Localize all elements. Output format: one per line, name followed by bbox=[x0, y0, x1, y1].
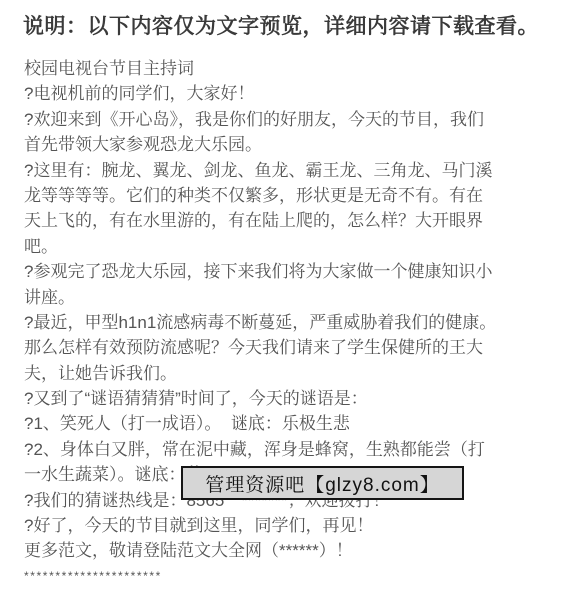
text-line: 讲座。 bbox=[24, 285, 569, 310]
text-line: 龙等等等等。它们的种类不仅繁多，形状更是无奇不有。有在 bbox=[24, 183, 569, 208]
text-line: ?1、笑死人（打一成语）。 谜底：乐极生悲 bbox=[24, 411, 569, 436]
preview-page: 说明：以下内容仅为文字预览，详细内容请下载查看。 校园电视台节目主持词 ?电视机… bbox=[0, 0, 578, 600]
text-line: 夫，让她告诉我们。 bbox=[24, 361, 569, 386]
text-line: ?这里有：腕龙、翼龙、剑龙、鱼龙、霸王龙、三角龙、马门溪 bbox=[24, 158, 569, 183]
text-line: ?2、身体白又胖，常在泥中藏，浑身是蜂窝，生熟都能尝（打 bbox=[24, 437, 569, 462]
document-body: 校园电视台节目主持词 ?电视机前的同学们，大家好！?欢迎来到《开心岛》，我是你们… bbox=[24, 56, 569, 589]
text-line: 吧。 bbox=[24, 234, 569, 259]
text-line: ?又到了“谜语猜猜猜”时间了，今天的谜语是： bbox=[24, 386, 569, 411]
text-line: ?最近，甲型h1n1流感病毒不断蔓延，严重威胁着我们的健康。 bbox=[24, 310, 569, 335]
document-title: 校园电视台节目主持词 bbox=[24, 56, 569, 81]
text-line: ********************** bbox=[24, 564, 569, 589]
text-line: ?参观完了恐龙大乐园，接下来我们将为大家做一个健康知识小 bbox=[24, 259, 569, 284]
text-line: 首先带领大家参观恐龙大乐园。 bbox=[24, 132, 569, 157]
text-line: 天上飞的，有在水里游的，有在陆上爬的，怎么样？大开眼界 bbox=[24, 208, 569, 233]
text-line: ?电视机前的同学们，大家好！ bbox=[24, 81, 569, 106]
text-line: 那么怎样有效预防流感呢？今天我们请来了学生保健所的王大 bbox=[24, 335, 569, 360]
text-line: 更多范文，敬请登陆范文大全网（******）！ bbox=[24, 538, 569, 563]
watermark-box[interactable]: 管理资源吧【glzy8.com】 bbox=[181, 466, 464, 500]
preview-notice-heading: 说明：以下内容仅为文字预览，详细内容请下载查看。 bbox=[23, 10, 539, 40]
text-line: ?欢迎来到《开心岛》，我是你们的好朋友，今天的节目，我们 bbox=[24, 107, 569, 132]
document-lines: ?电视机前的同学们，大家好！?欢迎来到《开心岛》，我是你们的好朋友，今天的节目，… bbox=[24, 81, 569, 589]
text-line: ?好了，今天的节目就到这里，同学们，再见！ bbox=[24, 513, 569, 538]
watermark-label: 管理资源吧【glzy8.com】 bbox=[205, 470, 440, 497]
